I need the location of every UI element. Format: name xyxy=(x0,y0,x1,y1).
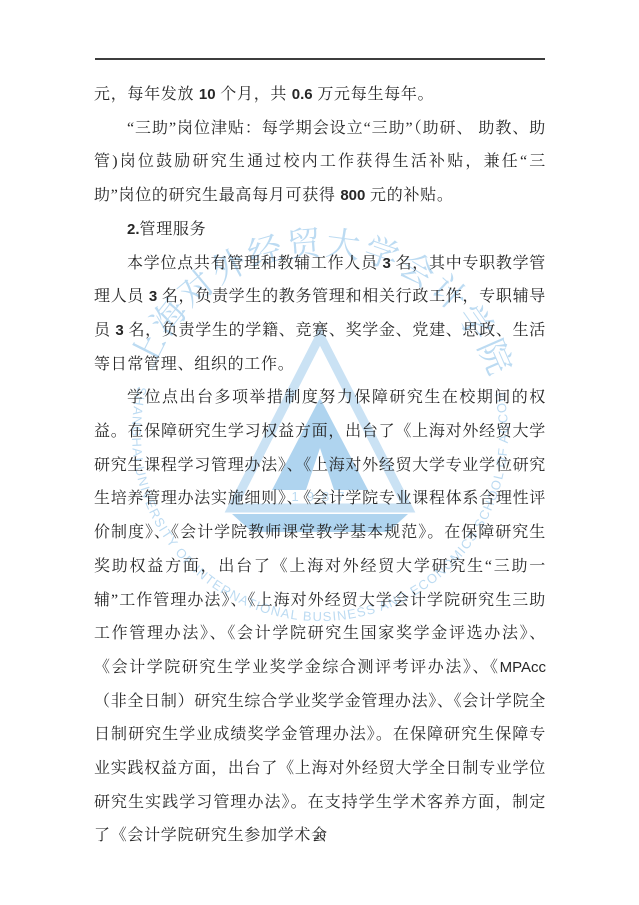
paragraph-stipend-continuation: 元，每年发放 10 个月，共 0.6 万元每生每年。 xyxy=(94,78,546,112)
document-body: 元，每年发放 10 个月，共 0.6 万元每生每年。 “三助”岗位津贴：每学期会… xyxy=(94,78,546,853)
paragraph-rights-protection: 学位点出台多项举措制度努力保障研究生在校期间的权益。在保障研究生学习权益方面，出… xyxy=(94,381,546,853)
document-page: 1987 上海对外经贸大学会计学院 SHANGHAI UNIVERSITY OF… xyxy=(0,0,639,905)
paragraph-sanzhu-allowance: “三助”岗位津贴：每学期会设立“三助”（助研、 助教、助管)岗位鼓励研究生通过校… xyxy=(94,112,546,213)
page-number: 20 xyxy=(0,828,639,843)
paragraph-staffing: 本学位点共有管理和教辅工作人员 3 名，其中专职教学管理人员 3 名，负责学生的… xyxy=(94,247,546,382)
header-rule xyxy=(95,58,545,60)
heading-management-service: 2.管理服务 xyxy=(94,213,546,247)
